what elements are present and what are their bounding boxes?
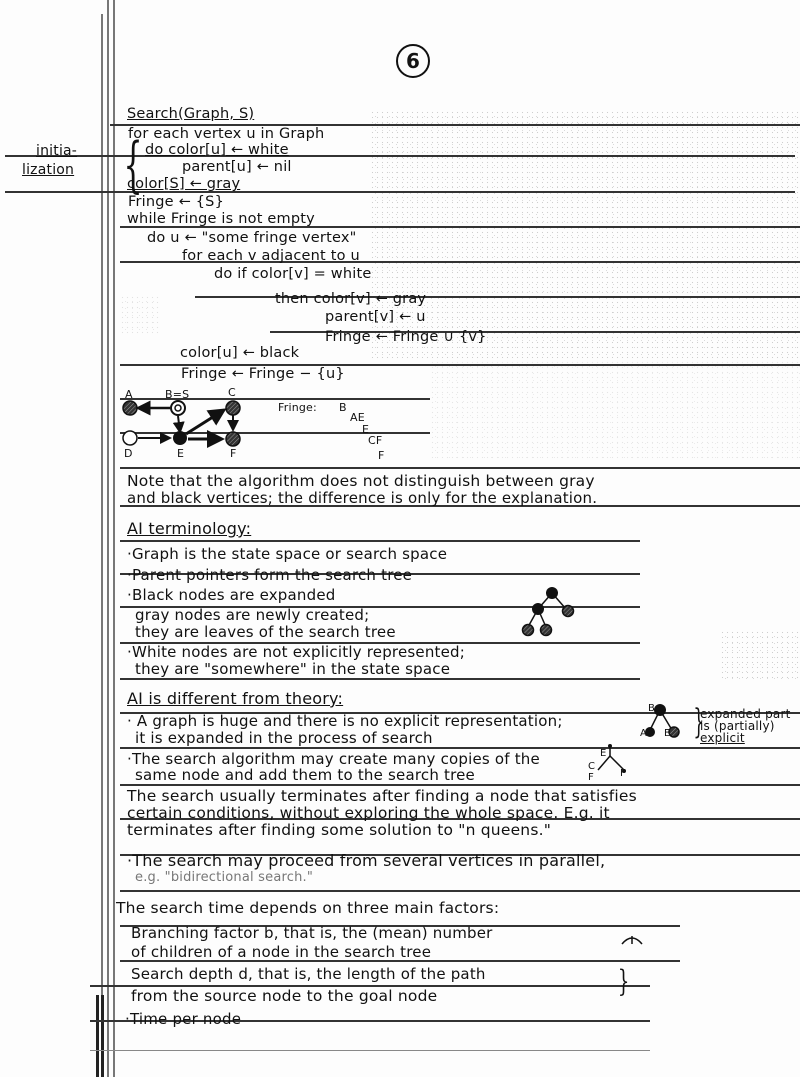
tree-node-label: E xyxy=(664,728,671,739)
graph-node-label: A xyxy=(125,389,133,401)
fringe-trace-item: B xyxy=(339,402,347,414)
search-time-item: Branching factor b, that is, the (mean) … xyxy=(131,925,493,942)
algorithm-line: for each v adjacent to u xyxy=(182,248,360,265)
terminology-item: they are leaves of the search tree xyxy=(135,624,396,641)
terminology-item: ·Parent pointers form the search tree xyxy=(127,567,412,584)
side-note: explicit xyxy=(700,733,745,744)
theory-item: ·The search may proceed from several ver… xyxy=(127,852,605,869)
theory-item: certain conditions, without exploring th… xyxy=(127,805,610,822)
tree-node-label: F xyxy=(588,772,594,783)
algorithm-line: for each vertex u in Graph xyxy=(128,126,324,143)
terminology-item: ·Black nodes are expanded xyxy=(127,587,336,604)
algorithm-line: Fringe ← {S} xyxy=(128,194,224,211)
algorithm-line: parent[v] ← u xyxy=(325,309,426,326)
graph-node-label: B=S xyxy=(165,389,189,401)
graph-node-label: D xyxy=(124,448,133,460)
section-heading-ai-terminology: AI terminology: xyxy=(127,520,251,537)
tree-node-label: F xyxy=(620,768,626,779)
scan-noise xyxy=(430,360,800,460)
graph-node-label: E xyxy=(177,448,184,460)
depth-brace: } xyxy=(618,966,629,998)
terminology-item: they are "somewhere" in the state space xyxy=(135,661,450,678)
tree-node-label: C xyxy=(588,761,595,772)
margin-line-heavy xyxy=(101,995,104,1077)
terminology-item: gray nodes are newly created; xyxy=(135,607,369,624)
margin-line xyxy=(107,0,109,1077)
margin-line xyxy=(113,0,115,1077)
algorithm-line: do if color[v] = white xyxy=(214,266,371,283)
rule-line xyxy=(120,747,800,749)
search-time-item: of children of a node in the search tree xyxy=(131,944,431,961)
theory-item: e.g. "bidirectional search." xyxy=(135,872,313,884)
algorithm-line: then color[v] ← gray xyxy=(275,291,426,308)
fringe-trace-item: CF xyxy=(368,435,382,447)
rule-line xyxy=(120,678,640,680)
rule-line xyxy=(120,540,640,542)
theory-item: terminates after finding some solution t… xyxy=(127,822,551,839)
rule-line xyxy=(90,1050,650,1051)
section-heading-ai-vs-theory: AI is different from theory: xyxy=(127,690,343,707)
search-time-item: Search depth d, that is, the length of t… xyxy=(131,966,486,983)
notebook-page: 6 initia- lization Search(Graph, S) { fo… xyxy=(0,0,800,1077)
theory-item: same node and add them to the search tre… xyxy=(135,767,475,784)
scan-noise xyxy=(720,630,800,680)
algorithm-line: do u ← "some fringe vertex" xyxy=(147,230,356,247)
terminology-item: ·White nodes are not explicitly represen… xyxy=(127,644,465,661)
fringe-trace-item: F xyxy=(378,450,385,462)
algorithm-line: color[S] ← gray xyxy=(127,176,240,193)
section-heading-search-time: The search time depends on three main fa… xyxy=(116,900,499,917)
terminology-item: ·Graph is the state space or search spac… xyxy=(127,546,447,563)
algorithm-line: Fringe ← Fringe ∪ {v} xyxy=(325,329,487,346)
search-tree-illustration xyxy=(500,585,600,645)
search-time-item: from the source node to the goal node xyxy=(131,988,437,1005)
scan-noise xyxy=(120,295,160,335)
tree-node-label: B xyxy=(648,703,655,714)
note-line: Note that the algorithm does not disting… xyxy=(127,473,595,490)
tree-node-label: A xyxy=(640,728,647,739)
algorithm-line: do color[u] ← white xyxy=(145,142,289,159)
rule-line xyxy=(120,890,800,892)
margin-note-initialization: lization xyxy=(22,162,74,179)
scan-noise xyxy=(370,110,800,360)
margin-line-heavy xyxy=(96,995,99,1077)
note-line: and black vertices; the difference is on… xyxy=(127,490,597,507)
algorithm-line: parent[u] ← nil xyxy=(182,159,292,176)
margin-line xyxy=(101,14,103,1077)
graph-node-label: C xyxy=(228,387,236,399)
fringe-label: Fringe: xyxy=(278,402,317,414)
page-number: 6 xyxy=(396,44,430,78)
fan-icon xyxy=(620,932,644,946)
search-time-item: ·Time per node xyxy=(125,1011,241,1028)
margin-note-initialization: initia- xyxy=(36,143,77,160)
theory-item: The search usually terminates after find… xyxy=(127,788,637,805)
tree-node-label: E xyxy=(600,748,607,759)
algorithm-signature: Search(Graph, S) xyxy=(127,106,254,123)
theory-item: · A graph is huge and there is no explic… xyxy=(127,713,563,730)
graph-node-label: F xyxy=(230,448,237,460)
algorithm-line: while Fringe is not empty xyxy=(127,211,315,228)
algorithm-line: color[u] ← black xyxy=(180,345,299,362)
theory-item: it is expanded in the process of search xyxy=(135,730,433,747)
rule-line xyxy=(120,784,800,786)
